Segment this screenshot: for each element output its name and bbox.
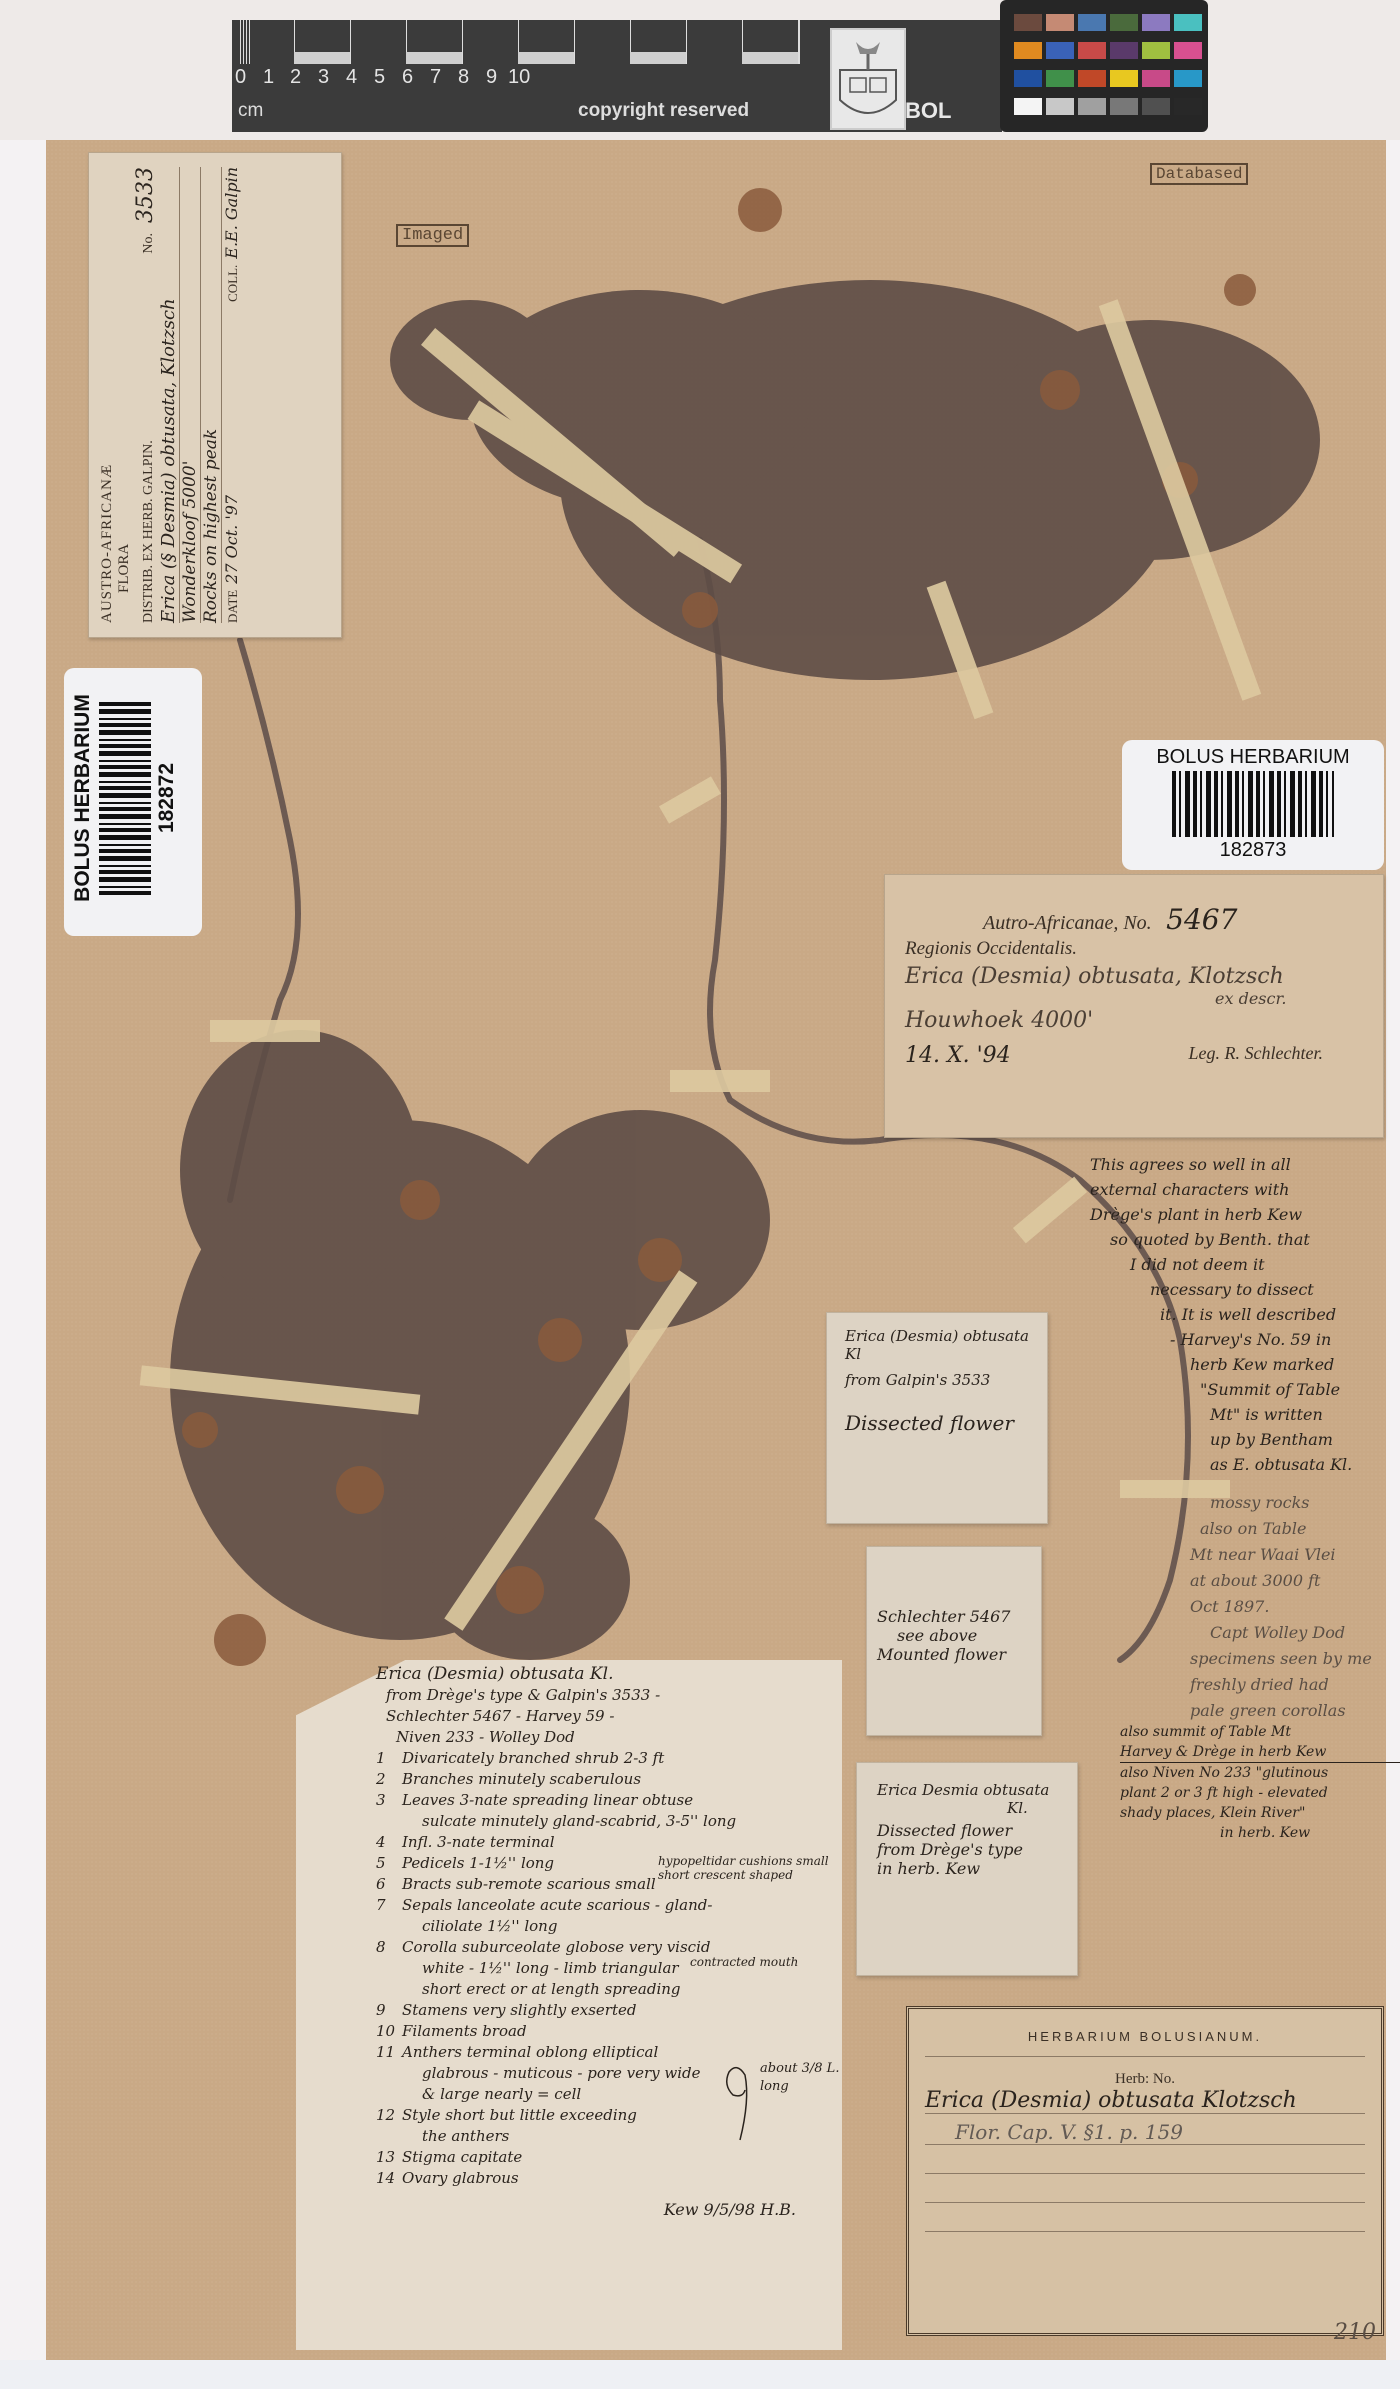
university-crest-icon bbox=[830, 28, 906, 130]
note-line: it. It is well described bbox=[1090, 1302, 1400, 1327]
envelope-line: Dissected flower bbox=[845, 1411, 1029, 1435]
scale-tick-3: 3 bbox=[318, 66, 329, 89]
galpin-number: 3533 bbox=[133, 167, 158, 223]
schlechter-region: Regionis Occidentalis. bbox=[905, 938, 1363, 960]
schlechter-species: Erica (Desmia) obtusata, Klotzsch bbox=[905, 964, 1363, 989]
note-line: up by Bentham bbox=[1090, 1427, 1400, 1452]
item-text: Corolla suburceolate globose very viscid bbox=[402, 1937, 710, 1958]
item-number: 5 bbox=[376, 1853, 402, 1874]
schlechter-locality: Houwhoek 4000' bbox=[905, 1008, 1363, 1033]
item-text: ciliolate 1½'' long bbox=[402, 1916, 557, 1937]
item-number: 13 bbox=[376, 2147, 402, 2168]
item-text: glabrous - muticous - pore very wide bbox=[402, 2063, 701, 2084]
description-anther-note: about 3/8 L. long bbox=[760, 2060, 840, 2096]
color-swatch bbox=[1142, 70, 1170, 87]
schlechter-title: Autro-Africanae, No. bbox=[983, 912, 1152, 934]
item-number bbox=[376, 2126, 402, 2147]
barcode-institution: BOLUS HERBARIUM bbox=[1122, 746, 1384, 769]
scale-tick-9: 9 bbox=[486, 66, 497, 89]
scale-tick-7: 7 bbox=[430, 66, 441, 89]
galpin-date: 27 Oct. '97 bbox=[222, 495, 241, 584]
envelope-line: Schlechter 5467 bbox=[877, 1607, 1031, 1626]
barcode-label-182873: BOLUS HERBARIUM 182873 bbox=[1122, 740, 1384, 870]
color-swatch bbox=[1110, 70, 1138, 87]
color-swatch bbox=[1174, 14, 1202, 31]
item-text: Stigma capitate bbox=[402, 2147, 522, 2168]
color-swatch bbox=[1174, 42, 1202, 59]
item-text: Anthers terminal oblong elliptical bbox=[402, 2042, 658, 2063]
note-line: mossy rocks bbox=[1190, 1490, 1400, 1516]
galpin-flora-subtitle: FLORA bbox=[116, 167, 133, 623]
schlechter-det: ex descr. bbox=[905, 989, 1363, 1008]
description-corolla-note: contracted mouth bbox=[690, 1955, 798, 1969]
note-line: external characters with bbox=[1090, 1177, 1400, 1202]
note-line: also summit of Table Mt bbox=[1120, 1722, 1400, 1742]
description-item: 10Filaments broad bbox=[376, 2021, 836, 2042]
galpin-number-label: No. bbox=[141, 233, 157, 254]
color-swatch bbox=[1078, 98, 1106, 115]
description-item: 14Ovary glabrous bbox=[376, 2168, 836, 2189]
margin-note-3: also summit of Table Mt Harvey & Drège i… bbox=[1120, 1722, 1400, 1843]
note-line: specimens seen by me bbox=[1190, 1646, 1400, 1672]
scale-tick-10: 10 bbox=[508, 66, 530, 89]
item-number: 1 bbox=[376, 1748, 402, 1769]
description-text: Erica (Desmia) obtusata Kl. from Drège's… bbox=[376, 1664, 836, 2220]
item-number bbox=[376, 1958, 402, 1979]
scale-tick-8: 8 bbox=[458, 66, 469, 89]
note-line: Oct 1897. bbox=[1190, 1594, 1400, 1620]
copyright-text: copyright reserved bbox=[578, 100, 749, 122]
note-line: pale green corollas bbox=[1190, 1698, 1400, 1724]
color-swatch bbox=[1142, 42, 1170, 59]
item-text: Ovary glabrous bbox=[402, 2168, 519, 2189]
color-swatch bbox=[1110, 98, 1138, 115]
item-number: 3 bbox=[376, 1790, 402, 1811]
description-item: the anthers bbox=[376, 2126, 836, 2147]
barcode-institution: BOLUS HERBARIUM bbox=[71, 667, 95, 929]
schlechter-collector: Leg. R. Schlechter. bbox=[1189, 1043, 1323, 1068]
item-number: 4 bbox=[376, 1832, 402, 1853]
description-item: 12Style short but little exceeding bbox=[376, 2105, 836, 2126]
item-text: Style short but little exceeding bbox=[402, 2105, 637, 2126]
description-title: Erica (Desmia) obtusata Kl. bbox=[376, 1664, 836, 1685]
note-line: - Harvey's No. 59 in bbox=[1090, 1327, 1400, 1352]
note-line: herb Kew marked bbox=[1090, 1352, 1400, 1377]
envelope-line: Erica Desmia obtusata bbox=[877, 1781, 1057, 1799]
color-swatch bbox=[1078, 70, 1106, 87]
item-number: 10 bbox=[376, 2021, 402, 2042]
description-item: short erect or at length spreading bbox=[376, 1979, 836, 2000]
barcode-bars bbox=[1172, 771, 1334, 837]
item-text: Infl. 3-nate terminal bbox=[402, 1832, 555, 1853]
institution-code: BOL bbox=[905, 98, 951, 124]
description-item: 13Stigma capitate bbox=[376, 2147, 836, 2168]
color-swatch bbox=[1014, 42, 1042, 59]
description-item: sulcate minutely gland-scabrid, 3-5'' lo… bbox=[376, 1811, 836, 1832]
color-calibration-card bbox=[1000, 0, 1208, 132]
galpin-species: Erica (§ Desmia) obtusata, Klotzsch bbox=[158, 167, 180, 623]
envelope-line: in herb. Kew bbox=[877, 1859, 1057, 1878]
description-item: 3Leaves 3-nate spreading linear obtuse bbox=[376, 1790, 836, 1811]
item-text: Branches minutely scaberulous bbox=[402, 1769, 641, 1790]
description-source: Schlechter 5467 - Harvey 59 - bbox=[376, 1706, 836, 1727]
color-swatch bbox=[1046, 70, 1074, 87]
envelope-dissected-drege[interactable]: Erica Desmia obtusata Kl. Dissected flow… bbox=[856, 1762, 1078, 1976]
note-line: Mt" is written bbox=[1090, 1402, 1400, 1427]
item-text: Stamens very slightly exserted bbox=[402, 2000, 636, 2021]
color-swatch bbox=[1078, 42, 1106, 59]
note-line: "Summit of Table bbox=[1090, 1377, 1400, 1402]
item-text: short erect or at length spreading bbox=[402, 1979, 681, 2000]
item-text: white - 1½'' long - limb triangular bbox=[402, 1958, 679, 1979]
note-line: at about 3000 ft bbox=[1190, 1568, 1400, 1594]
envelope-line: from Drège's type bbox=[877, 1840, 1057, 1859]
item-text: Divaricately branched shrub 2-3 ft bbox=[402, 1748, 664, 1769]
item-text: Pedicels 1-1½'' long bbox=[402, 1853, 554, 1874]
scale-tick-1: 1 bbox=[263, 66, 274, 89]
barcode-number: 182873 bbox=[1122, 839, 1384, 862]
item-number bbox=[376, 2084, 402, 2105]
schlechter-label: Autro-Africanae, No. 5467 Regionis Occid… bbox=[884, 874, 1384, 1138]
scale-tick-2: 2 bbox=[290, 66, 301, 89]
description-item: 1Divaricately branched shrub 2-3 ft bbox=[376, 1748, 836, 1769]
note-line: also Niven No 233 "glutinous bbox=[1120, 1763, 1400, 1783]
galpin-flora-title: AUSTRO-AFRICANÆ bbox=[99, 167, 116, 623]
description-item: 9Stamens very slightly exserted bbox=[376, 2000, 836, 2021]
item-number bbox=[376, 1916, 402, 1937]
galpin-habitat: Rocks on highest peak bbox=[201, 167, 222, 623]
description-source: Niven 233 - Wolley Dod bbox=[376, 1727, 836, 1748]
item-text: Bracts sub-remote scarious small bbox=[402, 1874, 656, 1895]
scale-tick-0: 0 bbox=[235, 66, 246, 89]
scale-tick-4: 4 bbox=[346, 66, 357, 89]
barcode-bars bbox=[99, 701, 151, 895]
bottom-strip bbox=[0, 2360, 1400, 2389]
item-number: 9 bbox=[376, 2000, 402, 2021]
item-text: sulcate minutely gland-scabrid, 3-5'' lo… bbox=[402, 1811, 736, 1832]
color-swatch bbox=[1110, 14, 1138, 31]
scale-tick-5: 5 bbox=[374, 66, 385, 89]
item-number: 2 bbox=[376, 1769, 402, 1790]
color-swatch bbox=[1174, 70, 1202, 87]
margin-note-1: This agrees so well in all external char… bbox=[1090, 1152, 1400, 1477]
item-number bbox=[376, 1979, 402, 2000]
bolusianum-header: HERBARIUM BOLUSIANUM. bbox=[925, 2029, 1365, 2044]
note-line: so quoted by Benth. that bbox=[1090, 1227, 1400, 1252]
galpin-date-label: DATE bbox=[225, 590, 241, 623]
note-line: Harvey & Drège in herb Kew bbox=[1120, 1742, 1400, 1763]
note-line: Drège's plant in herb Kew bbox=[1090, 1202, 1400, 1227]
description-item: 7Sepals lanceolate acute scarious - glan… bbox=[376, 1895, 836, 1916]
bolusianum-species: Erica (Desmia) obtusata Klotzsch bbox=[925, 2088, 1365, 2114]
item-number bbox=[376, 1811, 402, 1832]
color-swatch bbox=[1142, 98, 1170, 115]
description-item: ciliolate 1½'' long bbox=[376, 1916, 836, 1937]
description-source: from Drège's type & Galpin's 3533 - bbox=[376, 1685, 836, 1706]
note-line: in herb. Kew bbox=[1120, 1823, 1400, 1843]
note-line: freshly dried had bbox=[1190, 1672, 1400, 1698]
color-swatch bbox=[1014, 70, 1042, 87]
sheet-number: 210 bbox=[1334, 2320, 1376, 2345]
item-number: 12 bbox=[376, 2105, 402, 2126]
schlechter-date: 14. X. '94 bbox=[905, 1043, 1011, 1068]
note-line: This agrees so well in all bbox=[1090, 1152, 1400, 1177]
item-number: 14 bbox=[376, 2168, 402, 2189]
barcode-label-182872: BOLUS HERBARIUM 182872 bbox=[64, 668, 202, 936]
note-line: I did not deem it bbox=[1090, 1252, 1400, 1277]
envelope-line: see above bbox=[877, 1626, 1031, 1645]
color-swatch bbox=[1110, 42, 1138, 59]
item-text: Leaves 3-nate spreading linear obtuse bbox=[402, 1790, 693, 1811]
color-swatch bbox=[1046, 14, 1074, 31]
description-bracket-note: hypopeltidar cushions small short cresce… bbox=[658, 1854, 838, 1882]
galpin-coll-label: COLL. bbox=[225, 265, 241, 302]
envelope-line: Kl. bbox=[877, 1799, 1057, 1817]
note-line: necessary to dissect bbox=[1090, 1277, 1400, 1302]
galpin-collector: E.E. Galpin bbox=[222, 167, 241, 259]
note-line: also on Table bbox=[1190, 1516, 1400, 1542]
galpin-locality: Wonderkloof 5000' bbox=[180, 167, 201, 623]
description-item: 4Infl. 3-nate terminal bbox=[376, 1832, 836, 1853]
note-line: as E. obtusata Kl. bbox=[1090, 1452, 1400, 1477]
item-text: Sepals lanceolate acute scarious - gland… bbox=[402, 1895, 712, 1916]
herbarium-bolusianum-label: HERBARIUM BOLUSIANUM. Herb: No. Erica (D… bbox=[906, 2006, 1384, 2336]
anther-sketch bbox=[715, 2060, 765, 2150]
herb-no-label: Herb: No. bbox=[925, 2071, 1365, 2088]
description-signature: Kew 9/5/98 H.B. bbox=[376, 2199, 836, 2220]
margin-note-2: mossy rocks also on Table Mt near Waai V… bbox=[1190, 1490, 1400, 1724]
color-swatch bbox=[1014, 98, 1042, 115]
schlechter-number: 5467 bbox=[1166, 903, 1237, 936]
color-swatch bbox=[1142, 14, 1170, 31]
item-number: 8 bbox=[376, 1937, 402, 1958]
item-number: 6 bbox=[376, 1874, 402, 1895]
description-item: 2Branches minutely scaberulous bbox=[376, 1769, 836, 1790]
note-line: Capt Wolley Dod bbox=[1190, 1620, 1400, 1646]
envelope-line: Erica (Desmia) obtusata Kl bbox=[845, 1327, 1029, 1363]
note-line: plant 2 or 3 ft high - elevated bbox=[1120, 1783, 1400, 1803]
envelope-mounted-schlechter[interactable]: Schlechter 5467 see above Mounted flower bbox=[866, 1546, 1042, 1736]
barcode-number: 182872 bbox=[155, 667, 179, 929]
scale-tick-6: 6 bbox=[402, 66, 413, 89]
galpin-collection-label: AUSTRO-AFRICANÆ FLORA DISTRIB. EX HERB. … bbox=[88, 152, 342, 638]
note-line: Mt near Waai Vlei bbox=[1190, 1542, 1400, 1568]
item-number bbox=[376, 2063, 402, 2084]
note-line: shady places, Klein River" bbox=[1120, 1803, 1400, 1823]
envelope-line: from Galpin's 3533 bbox=[845, 1371, 1029, 1389]
color-swatch bbox=[1046, 42, 1074, 59]
galpin-distrib: DISTRIB. EX HERB. GALPIN. bbox=[141, 440, 157, 623]
item-text: the anthers bbox=[402, 2126, 509, 2147]
item-text: Filaments broad bbox=[402, 2021, 527, 2042]
color-swatch bbox=[1014, 14, 1042, 31]
envelope-line: Mounted flower bbox=[877, 1645, 1031, 1664]
item-number: 7 bbox=[376, 1895, 402, 1916]
item-number: 11 bbox=[376, 2042, 402, 2063]
color-swatch bbox=[1078, 14, 1106, 31]
item-text: & large nearly = cell bbox=[402, 2084, 581, 2105]
envelope-line: Dissected flower bbox=[877, 1821, 1057, 1840]
color-swatch bbox=[1046, 98, 1074, 115]
color-swatch bbox=[1174, 98, 1202, 115]
envelope-dissected-galpin[interactable]: Erica (Desmia) obtusata Kl from Galpin's… bbox=[826, 1312, 1048, 1524]
bolusianum-reference: Flor. Cap. V. §1. p. 159 bbox=[925, 2120, 1365, 2145]
scale-unit: cm bbox=[238, 100, 263, 122]
